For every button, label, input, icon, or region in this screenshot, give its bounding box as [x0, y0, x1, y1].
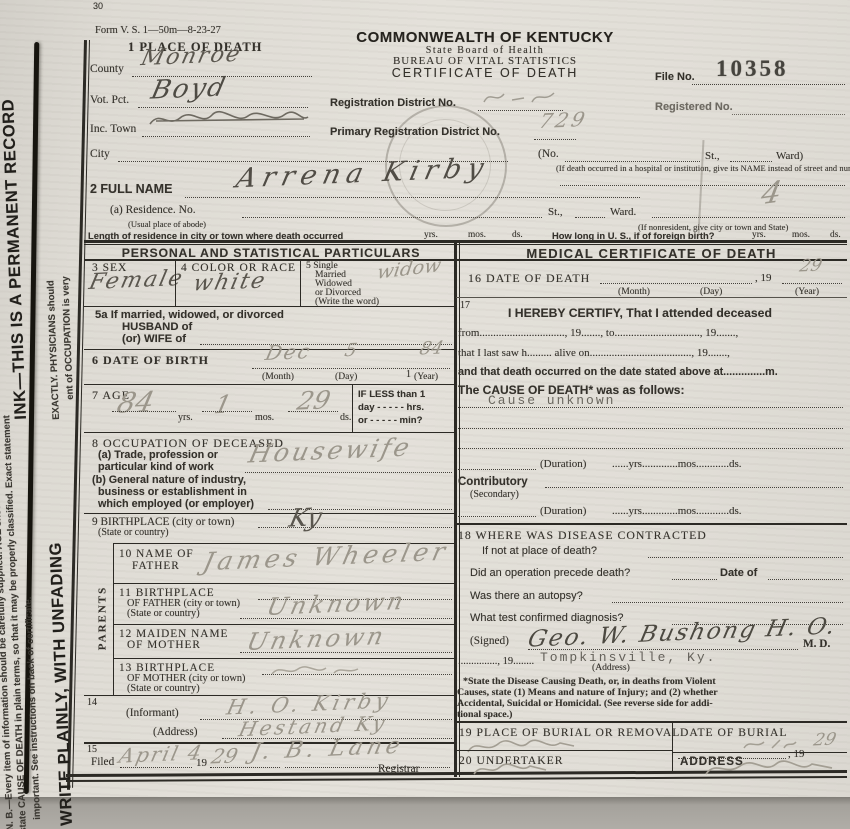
primary-registration-value: 729: [537, 107, 590, 133]
dob-month-value: Dec: [263, 339, 314, 365]
dotted-line: [142, 136, 310, 137]
personal-particulars-title: PERSONAL AND STATISTICAL PARTICULARS: [88, 246, 454, 260]
rule-line: [113, 624, 456, 625]
dotted-line: [245, 472, 452, 473]
dotted-line: [120, 767, 192, 768]
rule-line: [113, 583, 456, 584]
duration-label: (Duration): [540, 458, 586, 470]
vot-pct-value: Boyd: [148, 72, 230, 105]
mos-label: mos.: [468, 230, 486, 240]
dotted-line: [458, 516, 536, 517]
dotted-line: [692, 84, 845, 85]
scanned-death-certificate: { "m": { "corner": "30", "stamp": "10358…: [0, 0, 850, 829]
dod-day-caption: (Day): [700, 286, 722, 297]
burial-mid-rule: [456, 750, 672, 751]
father-name-label1: 10 NAME OF: [119, 548, 194, 560]
commonwealth-heading: COMMONWEALTH OF KENTUCKY: [335, 29, 635, 46]
corner-mark: 30: [93, 1, 103, 11]
dotted-line: [288, 411, 338, 412]
duration-ymd-line: ......yrs.............mos............ds.: [612, 458, 845, 470]
last-saw-line: that I last saw h......... alive on.....…: [458, 347, 845, 359]
dotted-line: [285, 767, 450, 768]
date-of-death-year-value: 29: [798, 256, 824, 277]
dotted-line: [200, 344, 452, 345]
autopsy-question: Was there an autopsy?: [470, 590, 583, 602]
md-label: M. D.: [803, 638, 830, 650]
dotted-line: [768, 579, 843, 580]
cell-divider: [352, 384, 353, 432]
husband-of-label: HUSBAND of: [122, 321, 192, 333]
dotted-line: [575, 217, 605, 218]
dotted-line: [112, 411, 176, 412]
rule-line: [456, 297, 847, 298]
item15-number: 15: [87, 744, 97, 755]
inc-town-label: Inc. Town: [90, 123, 136, 135]
dotted-line: [600, 283, 752, 284]
mos-label: mos.: [792, 230, 810, 240]
day-caption: (Day): [335, 371, 357, 382]
date-of-birth-label: 6 DATE OF BIRTH: [92, 353, 209, 368]
footnote-line1: *State the Disease Causing Death, or, in…: [463, 676, 716, 687]
county-value: Monroe: [139, 42, 244, 71]
dotted-line: [545, 487, 843, 488]
operation-date-label: Date of: [720, 567, 757, 579]
duration-label2: (Duration): [540, 505, 586, 517]
color-race-value: white: [191, 268, 269, 296]
rule-line: [84, 306, 456, 307]
dotted-line: [458, 428, 843, 429]
dotted-line: [458, 469, 536, 470]
form-number: Form V. S. 1—50m—8-23-27: [95, 25, 221, 36]
filed-date-value: April 4: [117, 740, 206, 768]
operation-question: Did an operation precede death?: [470, 567, 630, 579]
yrs-label: yrs.: [752, 230, 766, 240]
dotted-line: [565, 161, 700, 162]
death-occurred-line: and that death occurred on the date stat…: [458, 366, 845, 378]
dotted-line: [782, 283, 842, 284]
age-yrs-caption: yrs.: [178, 412, 193, 423]
ds-label: ds.: [830, 230, 841, 240]
married-widowed-label: 5a If married, widowed, or divorced: [95, 309, 284, 321]
top-double-rule-thin: [84, 244, 847, 245]
residence-ward-label: Ward.: [610, 206, 636, 218]
birthplace-state-label: (State or country): [98, 527, 169, 538]
dotted-line: [672, 579, 717, 580]
dotted-line: [612, 602, 843, 603]
residence-label: (a) Residence. No.: [110, 204, 196, 216]
if-not-place-question: If not at place of death?: [482, 545, 597, 557]
certificate-heading: CERTIFICATE OF DEATH: [335, 66, 635, 80]
dotted-line: [560, 185, 845, 186]
circular-stamp-inner: [399, 119, 491, 211]
illegible-handwriting-inc-town: [146, 106, 311, 132]
date-of-death-19: , 19: [755, 272, 772, 284]
cell-divider: [300, 259, 301, 306]
filed-19-prefix: 19: [196, 757, 207, 769]
age-mos-caption: mos.: [255, 412, 274, 423]
father-name-label2: FATHER: [132, 560, 180, 572]
attended-from-line: from..............................., 19.…: [458, 327, 845, 339]
dotted-line: [534, 139, 576, 140]
county-label: County: [90, 63, 124, 75]
sex-value: Female: [87, 266, 187, 295]
informant-address-label: (Address): [153, 726, 198, 738]
burial-top-rule: [456, 721, 847, 723]
mother-maiden-label2: OF MOTHER: [127, 639, 201, 651]
occupation-b-line3: which employed (or employer): [98, 498, 254, 510]
burial-year-value: 29: [812, 730, 838, 751]
duration-ymd-line2: ......yrs.............mos............ds.: [612, 505, 845, 517]
dotted-line: [210, 767, 280, 768]
item14-number: 14: [87, 697, 97, 708]
abode-note: (Usual place of abode): [128, 219, 206, 229]
footnote-line2: Causes, state (1) Means and nature of In…: [457, 687, 718, 698]
scanner-background: [0, 797, 850, 829]
age-ds-caption: ds.: [340, 412, 351, 423]
father-birthplace-label3: (State or country): [127, 608, 200, 619]
dotted-line: [242, 217, 542, 218]
if-less-line2: day - - - - - hrs.: [358, 402, 424, 413]
illegible-handwriting-undertaker-address: [700, 754, 840, 784]
disease-contracted-heading: 18 WHERE WAS DISEASE CONTRACTED: [458, 528, 707, 543]
file-no-label: File No.: [655, 71, 695, 83]
full-name-label: 2 FULL NAME: [90, 182, 172, 196]
city-label: City: [90, 148, 110, 160]
informant-label: (Informant): [126, 707, 179, 719]
rule-line: [456, 259, 847, 261]
signature-date-line: ..............., 19........: [458, 656, 534, 667]
month-caption: (Month): [262, 371, 294, 382]
top-double-rule: [84, 240, 847, 243]
if-less-line1: IF LESS than 1: [358, 389, 425, 400]
parents-bracket-line: [113, 543, 114, 695]
illegible-handwriting-mother-birthplace: [268, 660, 363, 680]
year-prefix: 1: [406, 369, 411, 380]
contributory-label: Contributory: [458, 476, 528, 488]
residence-st-label: St.,: [548, 206, 563, 218]
cause-of-death-value: Cause unknown: [488, 393, 615, 408]
illegible-handwriting-undertaker: [468, 758, 553, 782]
date-of-death-label: 16 DATE OF DEATH: [468, 271, 590, 286]
dotted-line: [648, 557, 843, 558]
certify-statement: I HEREBY CERTIFY, That I attended deceas…: [508, 306, 772, 320]
dotted-line: [252, 368, 450, 369]
filed-label: Filed: [91, 756, 114, 768]
if-less-line3: or - - - - - min?: [358, 415, 422, 426]
signed-label: (Signed): [470, 635, 509, 647]
dotted-line: [458, 448, 843, 449]
wife-of-label: (or) WIFE of: [122, 333, 186, 345]
street-no-label: (No.: [538, 148, 559, 160]
footnote-line3: Accidental, Suicidal or Homicidal. (See …: [457, 698, 713, 709]
parents-vertical-label: PARENTS: [96, 586, 108, 651]
dod-year-caption: (Year): [795, 286, 819, 297]
street-label: St.,: [705, 150, 720, 162]
file-number-stamp: 10358: [716, 56, 789, 82]
occupation-a-line1: (a) Trade, profession or: [98, 449, 218, 461]
occupation-a-line2: particular kind of work: [98, 461, 214, 473]
occupation-b-line1: (b) General nature of industry,: [92, 474, 246, 486]
registrar-label: Registrar: [378, 763, 419, 775]
dotted-line: [732, 114, 845, 115]
occupation-b-line2: business or establishment in: [98, 486, 247, 498]
ward-label: Ward): [776, 150, 803, 162]
ds-label: ds.: [512, 230, 523, 240]
registered-no-label: Registered No.: [655, 101, 733, 113]
mother-birthplace-label3: (State or country): [127, 683, 200, 694]
rule-line: [456, 523, 847, 525]
dod-month-caption: (Month): [618, 286, 650, 297]
dotted-line: [652, 217, 845, 218]
rule-line: [84, 513, 456, 514]
vot-pct-label: Vot. Pct.: [90, 94, 129, 106]
dotted-line: [202, 411, 252, 412]
yrs-label: yrs.: [424, 230, 438, 240]
address-caption: (Address): [592, 662, 630, 673]
secondary-label: (Secondary): [470, 489, 519, 500]
dotted-line: [730, 161, 772, 162]
cell-divider: [175, 259, 176, 306]
year-caption: (Year): [414, 371, 438, 382]
illegible-handwriting-reg-district: [478, 86, 563, 108]
test-question: What test confirmed diagnosis?: [470, 612, 623, 624]
item17-number: 17: [460, 300, 470, 311]
footnote-line4: tional space.): [457, 709, 512, 720]
